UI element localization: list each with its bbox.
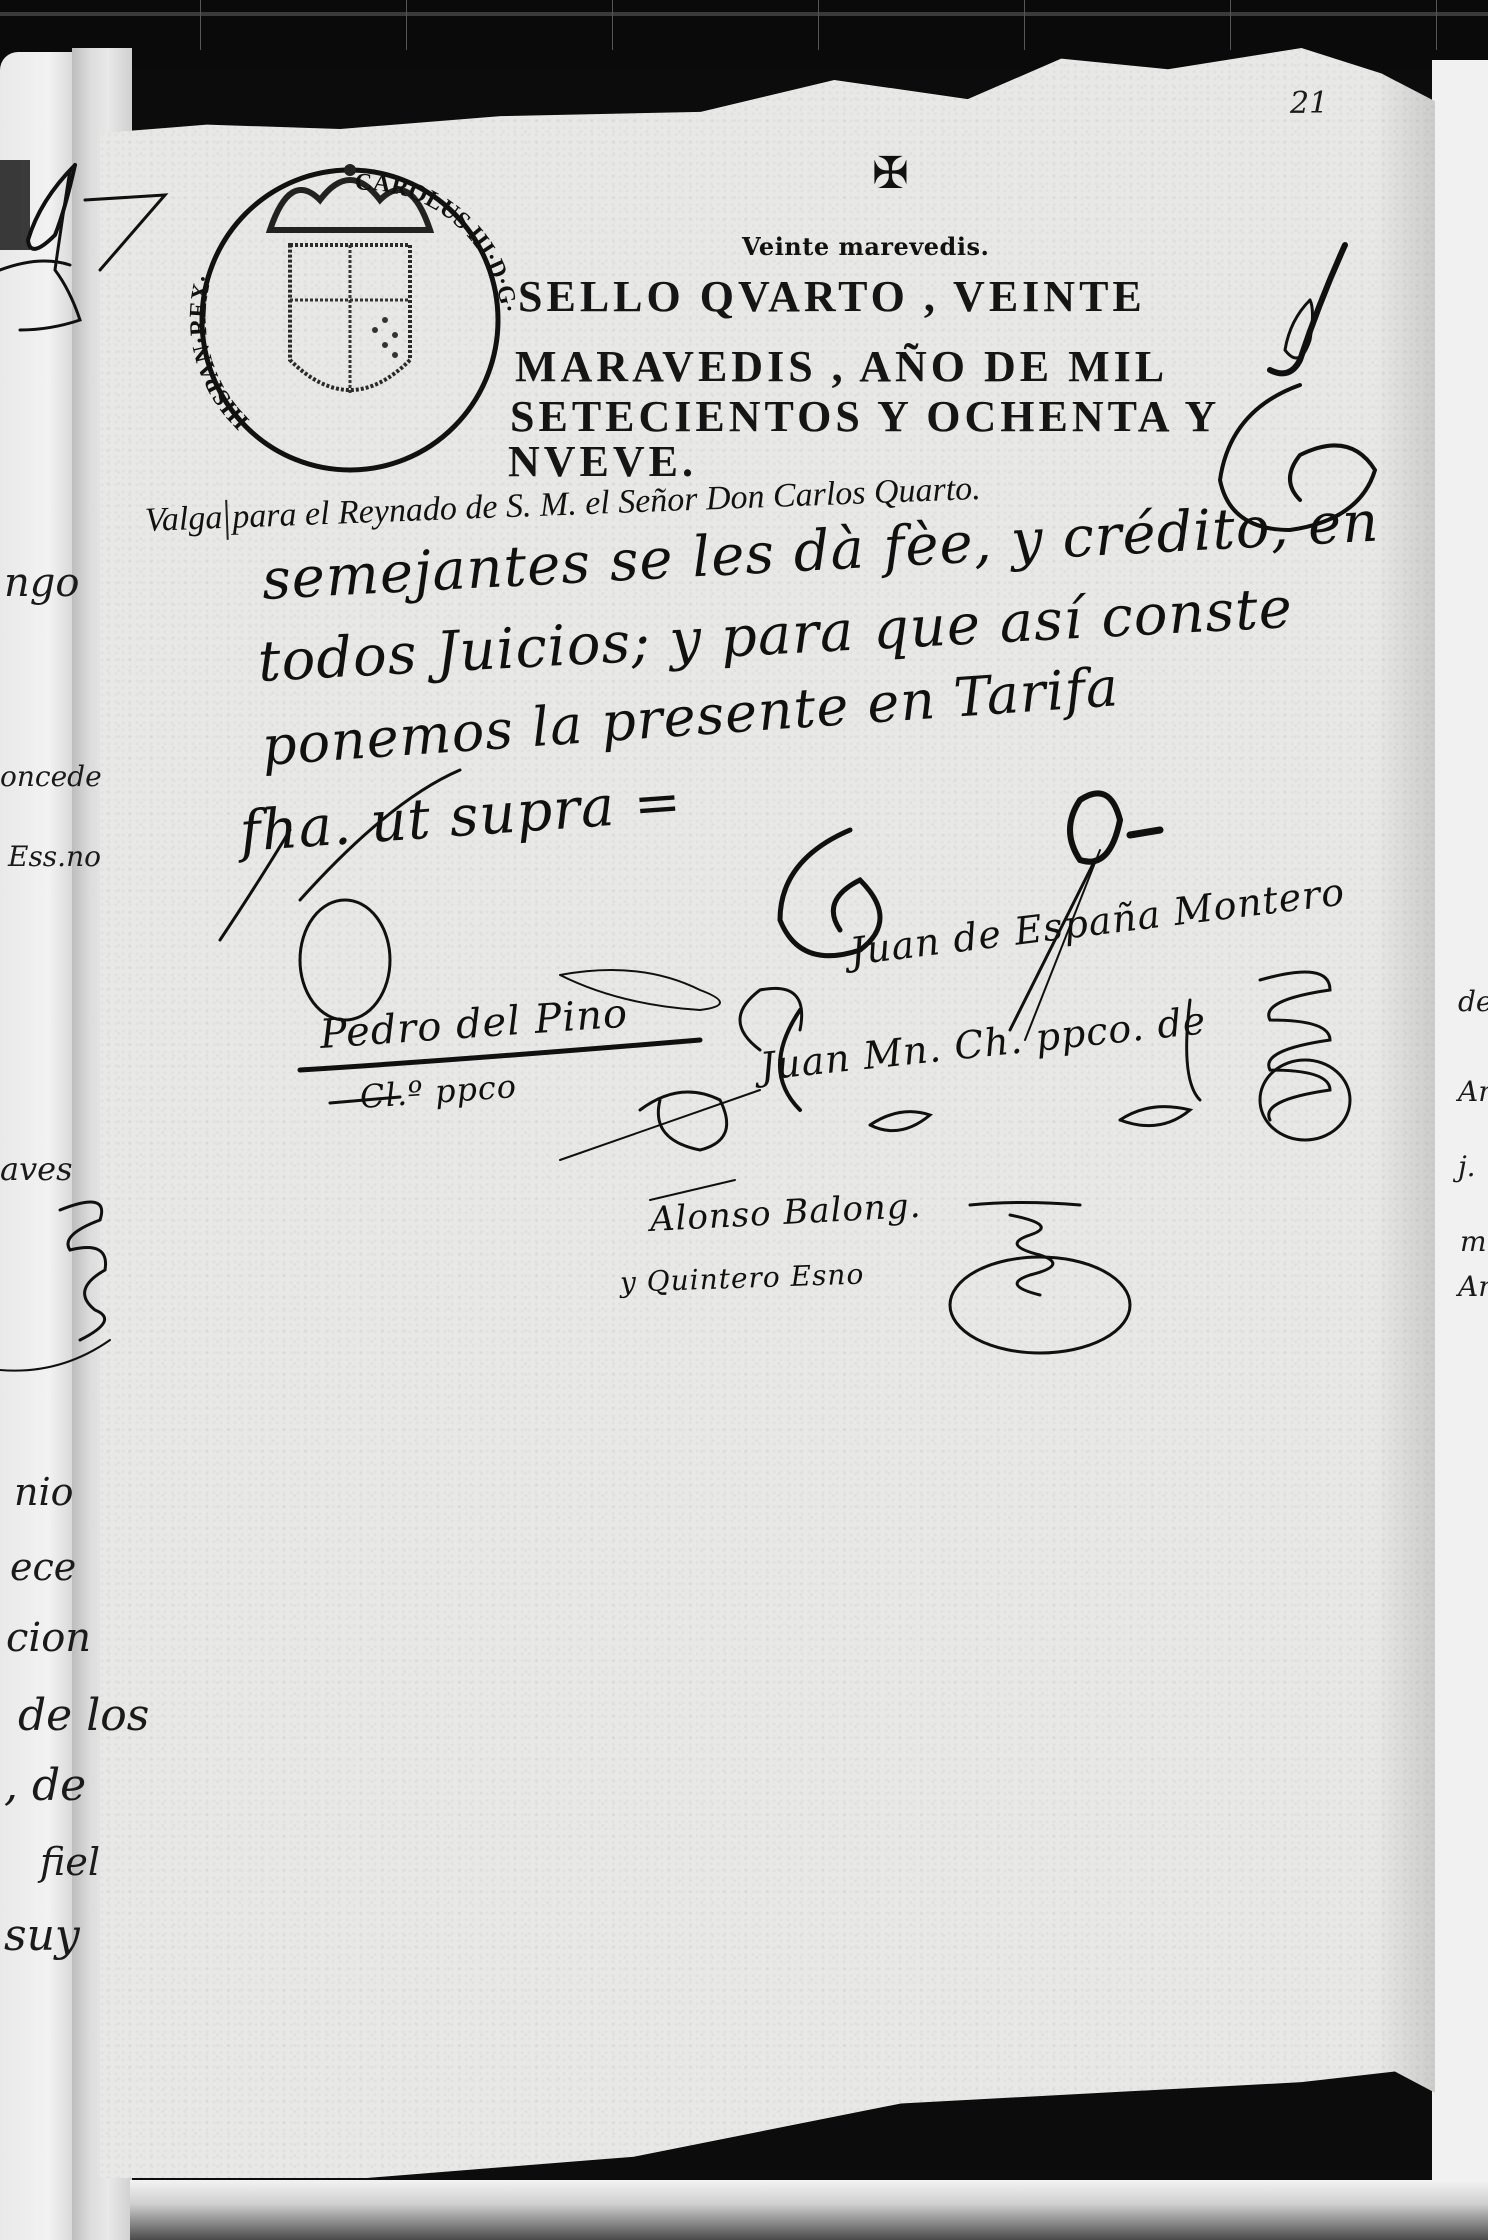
header-cross-icon: ✠	[872, 148, 909, 199]
right-margin-text: de	[1458, 985, 1488, 1018]
grid-tick	[1230, 0, 1231, 50]
right-margin-text: j.	[1458, 1150, 1476, 1183]
grid-tick	[200, 0, 201, 50]
left-margin-text: Ess.no	[8, 840, 101, 873]
grid-tick	[818, 0, 819, 50]
stamp-line-1: SELLO QVARTO , VEINTE	[518, 275, 1146, 319]
right-margin-text: An	[1458, 1270, 1488, 1303]
valga-separator	[226, 500, 230, 540]
left-page-printed-fragment	[0, 160, 30, 250]
stamp-line-4: NVEVE.	[508, 440, 697, 484]
left-margin-text: ngo	[4, 560, 79, 606]
scan-background-bottom	[130, 2180, 1488, 2240]
folio-number: 21	[1290, 86, 1328, 121]
valga-word: Valga	[144, 499, 223, 539]
right-margin-text: m	[1460, 1225, 1487, 1258]
stamp-line-2: MARAVEDIS , AÑO DE MIL	[515, 345, 1168, 389]
scanner-rule	[0, 12, 1488, 16]
stamp-denomination: Veinte marevedis.	[742, 232, 989, 261]
grid-tick	[612, 0, 613, 50]
left-margin-text: , de	[4, 1760, 86, 1811]
left-margin-text: aves	[0, 1150, 73, 1188]
grid-tick	[1436, 0, 1437, 50]
left-margin-text: suy	[4, 1910, 80, 1961]
left-margin-text: ece	[10, 1545, 76, 1589]
left-margin-text: de los	[18, 1690, 149, 1741]
left-margin-text: fiel	[40, 1840, 100, 1884]
left-margin-text: nio	[14, 1470, 74, 1514]
right-margin-text: An	[1458, 1075, 1488, 1108]
grid-tick	[406, 0, 407, 50]
stamp-line-3: SETECIENTOS Y OCHENTA Y	[510, 395, 1220, 439]
grid-tick	[1024, 0, 1025, 50]
left-margin-text: oncede	[0, 760, 102, 793]
left-margin-text: cion	[6, 1615, 91, 1661]
